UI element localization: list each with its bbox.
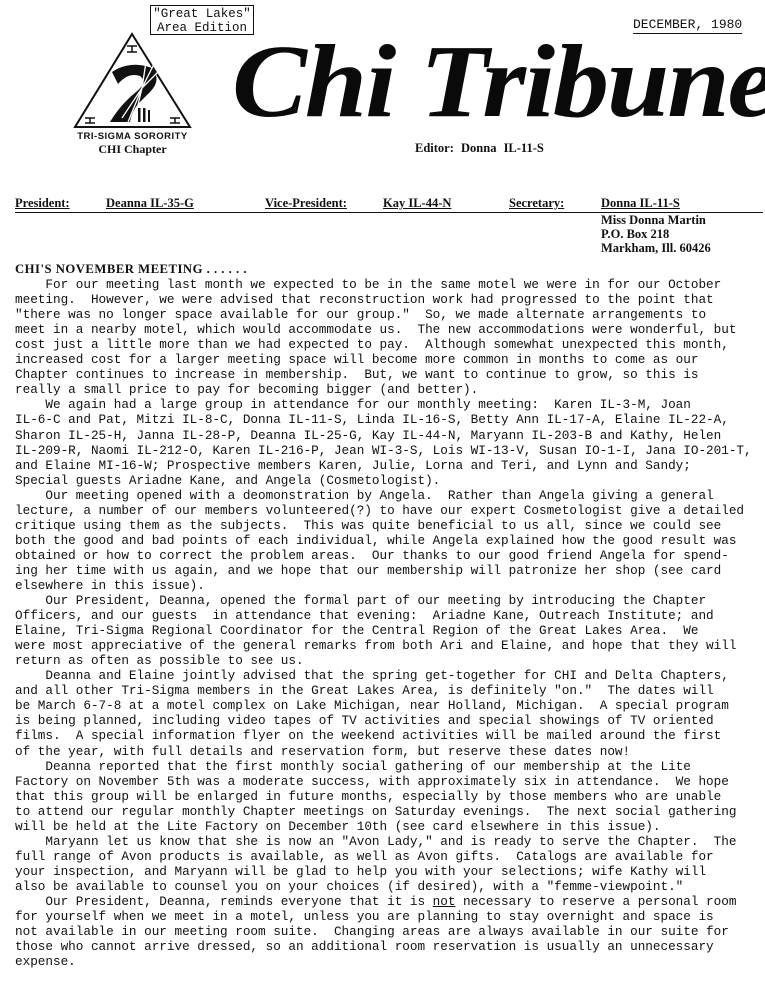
article-line: meet in a nearby motel, which would acco… (15, 322, 765, 337)
article-line: Elaine, Tri-Sigma Regional Coordinator f… (15, 623, 765, 638)
article-line: not available in our meeting room suite.… (15, 924, 765, 939)
article-line: ing her time with us again, and we hope … (15, 563, 765, 578)
article-line: of the year, with full details and reser… (15, 744, 765, 759)
logo-chapter-text: CHI Chapter (70, 142, 195, 157)
article-line: Special guests Ariadne Kane, and Angela … (15, 473, 765, 488)
article-line: Our President, Deanna, reminds everyone … (15, 894, 765, 909)
mailing-address: Miss Donna Martin P.O. Box 218 Markham, … (601, 213, 711, 255)
editor-label: Editor: (415, 141, 454, 155)
vice-president-label: Vice-President: (265, 196, 347, 211)
article-line: is being planned, including video tapes … (15, 713, 765, 728)
article-line: those who cannot arrive dressed, so an a… (15, 939, 765, 954)
vice-president-name: Kay IL-44-N (383, 196, 451, 211)
article-line: full range of Avon products is available… (15, 849, 765, 864)
article-line: Officers, and our guests in attendance t… (15, 608, 765, 623)
article-line: Our meeting opened with a deomonstration… (15, 488, 765, 503)
article-line: will be held at the Lite Factory on Dece… (15, 819, 765, 834)
article-line: were most appreciative of the general re… (15, 638, 765, 653)
article-line: to attend our regular monthly Chapter me… (15, 804, 765, 819)
article-line: "there was no longer space available for… (15, 307, 765, 322)
article-line: cost just a little more than we had expe… (15, 337, 765, 352)
article-line: and all other Tri-Sigma members in the G… (15, 683, 765, 698)
article-line: films. A special information flyer on th… (15, 728, 765, 743)
article-line: really a small price to pay for becoming… (15, 382, 765, 397)
issue-date: DECEMBER, 1980 (633, 17, 742, 34)
text-run: Our President, Deanna, reminds everyone … (15, 894, 433, 909)
article-line: meeting. However, we were advised that r… (15, 292, 765, 307)
editor-line: Editor: Donna IL-11-S (415, 141, 544, 156)
article-line: IL-6-C and Pat, Mitzi IL-8-C, Donna IL-1… (15, 412, 765, 427)
logo-sorority-text: TRI-SIGMA SORORITY (70, 131, 195, 142)
article-line: For our meeting last month we expected t… (15, 277, 765, 292)
article-line: critique using them as the subjects. Thi… (15, 518, 765, 533)
article-line: Deanna and Elaine jointly advised that t… (15, 668, 765, 683)
editor-name: Donna IL-11-S (461, 141, 544, 155)
article-line: for yourself when we meet in a motel, un… (15, 909, 765, 924)
article-line: expense. (15, 954, 765, 969)
article-line: lecture, a number of our members volunte… (15, 503, 765, 518)
masthead-title: Chi Tribune (232, 28, 664, 136)
article-heading: CHI'S NOVEMBER MEETING . . . . . . (15, 262, 765, 277)
article-line: both the good and bad points of each ind… (15, 533, 765, 548)
article-line: Sharon IL-25-H, Janna IL-28-P, Deanna IL… (15, 428, 765, 443)
article-line: elsewhere in this issue). (15, 578, 765, 593)
article-line: We again had a large group in attendance… (15, 397, 765, 412)
address-line-2: P.O. Box 218 (601, 227, 711, 241)
article-line: Deanna reported that the first monthly s… (15, 759, 765, 774)
article-line: Factory on November 5th was a moderate s… (15, 774, 765, 789)
tri-sigma-logo: TRI-SIGMA SORORITY CHI Chapter (70, 30, 195, 155)
article-line: Maryann let us know that she is now an "… (15, 834, 765, 849)
article-line: Chapter continues to increase in members… (15, 367, 765, 382)
article-line: increased cost for a larger meeting spac… (15, 352, 765, 367)
address-line-3: Markham, Ill. 60426 (601, 241, 711, 255)
article-line: your inspection, and Maryann will be gla… (15, 864, 765, 879)
article-line: be March 6-7-8 at a motel complex on Lak… (15, 698, 765, 713)
text-run: necessary to reserve a personal room (455, 894, 736, 909)
officers-bar: President: Deanna IL-35-G Vice-President… (15, 196, 763, 213)
secretary-name: Donna IL-11-S (601, 196, 680, 211)
article-line: IL-209-R, Naomi IL-212-O, Karen IL-216-P… (15, 443, 765, 458)
tri-sigma-triangle-logo-icon (70, 30, 195, 130)
article-line: obtained or how to correct the problem a… (15, 548, 765, 563)
article-line: also be available to counsel you on your… (15, 879, 765, 894)
address-line-1: Miss Donna Martin (601, 213, 711, 227)
article-line: Our President, Deanna, opened the formal… (15, 593, 765, 608)
president-label: President: (15, 196, 70, 211)
emphasis-not: not (433, 894, 456, 909)
article-final-lines: for yourself when we meet in a motel, un… (15, 909, 765, 969)
article-line: that this group will be enlarged in futu… (15, 789, 765, 804)
president-name: Deanna IL-35-G (106, 196, 194, 211)
secretary-label: Secretary: (509, 196, 564, 211)
edition-line-1: "Great Lakes" (151, 7, 253, 21)
article-line: and Elaine MI-16-W; Prospective members … (15, 458, 765, 473)
article-body: For our meeting last month we expected t… (15, 277, 765, 894)
article-line: return as often as possible to see us. (15, 653, 765, 668)
article: CHI'S NOVEMBER MEETING . . . . . . For o… (15, 262, 765, 969)
